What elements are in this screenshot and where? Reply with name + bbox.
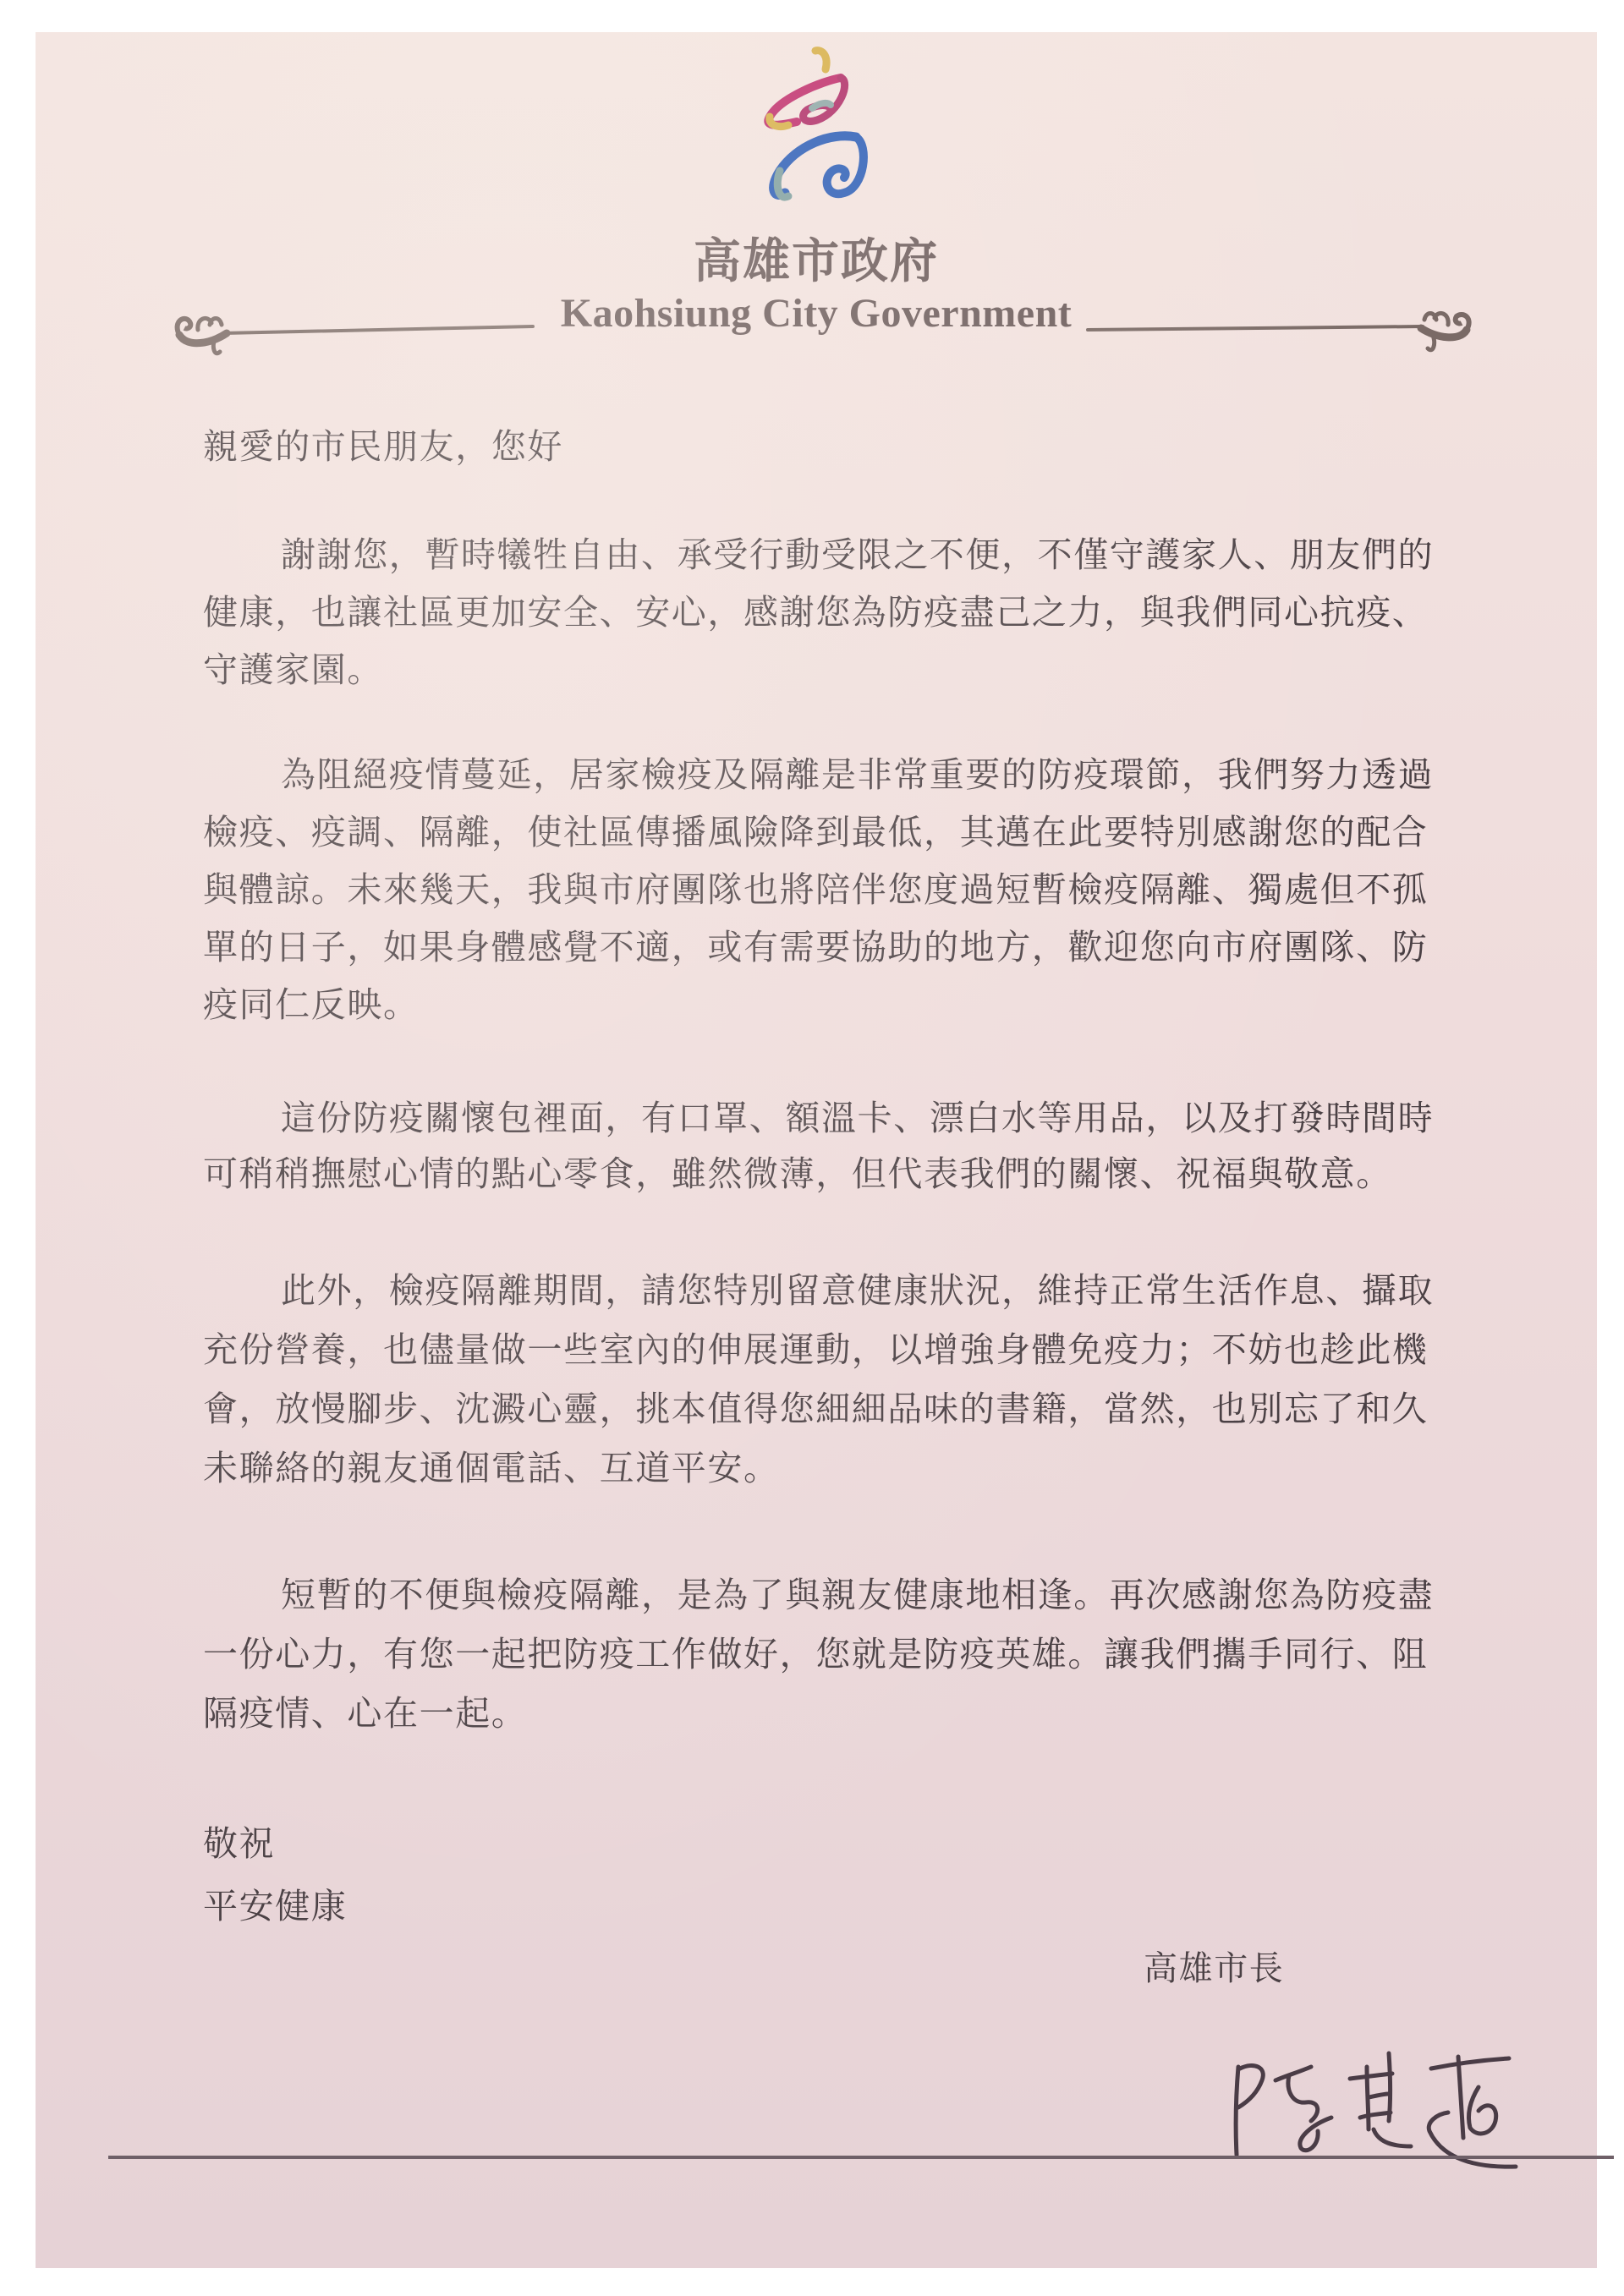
paragraph-line: 一份心力，有您一起把防疫工作做好，您就是防疫英雄。讓我們攜手同行、阻 [203,1637,1428,1671]
paragraph-line: 這份防疫關懷包裡面，有口罩、額溫卡、漂白水等用品，以及打發時間時 [281,1101,1434,1135]
paragraph-line: 可稍稍撫慰心情的點心零食，雖然微薄，但代表我們的關懷、祝福與敬意。 [203,1157,1392,1191]
paragraph-line: 未聯絡的親友通個電話、互道平安。 [203,1451,780,1485]
greeting: 親愛的市民朋友，您好 [203,430,563,463]
paragraph-line: 健康，也讓社區更加安全、安心，感謝您為防疫盡己之力，與我們同心抗疫、 [203,595,1428,629]
paragraph-line: 充份營養，也儘量做一些室內的伸展運動，以增強身體免疫力；不妨也趁此機 [203,1333,1428,1367]
paragraph-line: 謝謝您，暫時犧牲自由、承受行動受限之不便，不僅守護家人、朋友們的 [281,538,1434,572]
kaohsiung-city-logo-icon [738,44,890,213]
paragraph-line: 會，放慢腳步、沈澱心靈，挑本值得您細細品味的書籍，當然，也別忘了和久 [203,1392,1428,1426]
paragraph-line: 疫同仁反映。 [203,988,420,1022]
paragraph-line: 與體諒。未來幾天，我與市府團隊也將陪伴您度過短暫檢疫隔離、獨處但不孤 [203,873,1428,907]
bottom-divider [108,2155,1614,2160]
paragraph-line: 隔疫情、心在一起。 [203,1696,527,1730]
closing-line-1: 敬祝 [203,1827,275,1860]
letter-page: 高雄市政府 Kaohsiung City Government 親愛的市民朋友，… [36,32,1597,2268]
org-name-english: Kaohsiung City Government [36,284,1597,343]
signer-title: 高雄市長 [1144,1952,1284,1986]
paragraph-line: 守護家園。 [203,653,383,687]
closing-line-2: 平安健康 [203,1889,347,1923]
paragraph-line: 單的日子，如果身體感覺不適，或有需要協助的地方，歡迎您向市府團隊、防 [203,930,1428,964]
paragraph-line: 短暫的不便與檢疫隔離，是為了與親友健康地相逢。再次感謝您為防疫盡 [281,1578,1434,1612]
paragraph-line: 為阻絕疫情蔓延，居家檢疫及隔離是非常重要的防疫環節，我們努力透過 [281,758,1434,792]
paragraph-line: 此外，檢疫隔離期間，請您特別留意健康狀況，維持正常生活作息、攝取 [281,1274,1434,1307]
paragraph-line: 檢疫、疫調、隔離，使社區傳播風險降到最低，其邁在此要特別感謝您的配合 [203,815,1428,849]
org-name-chinese: 高雄市政府 [36,232,1597,291]
